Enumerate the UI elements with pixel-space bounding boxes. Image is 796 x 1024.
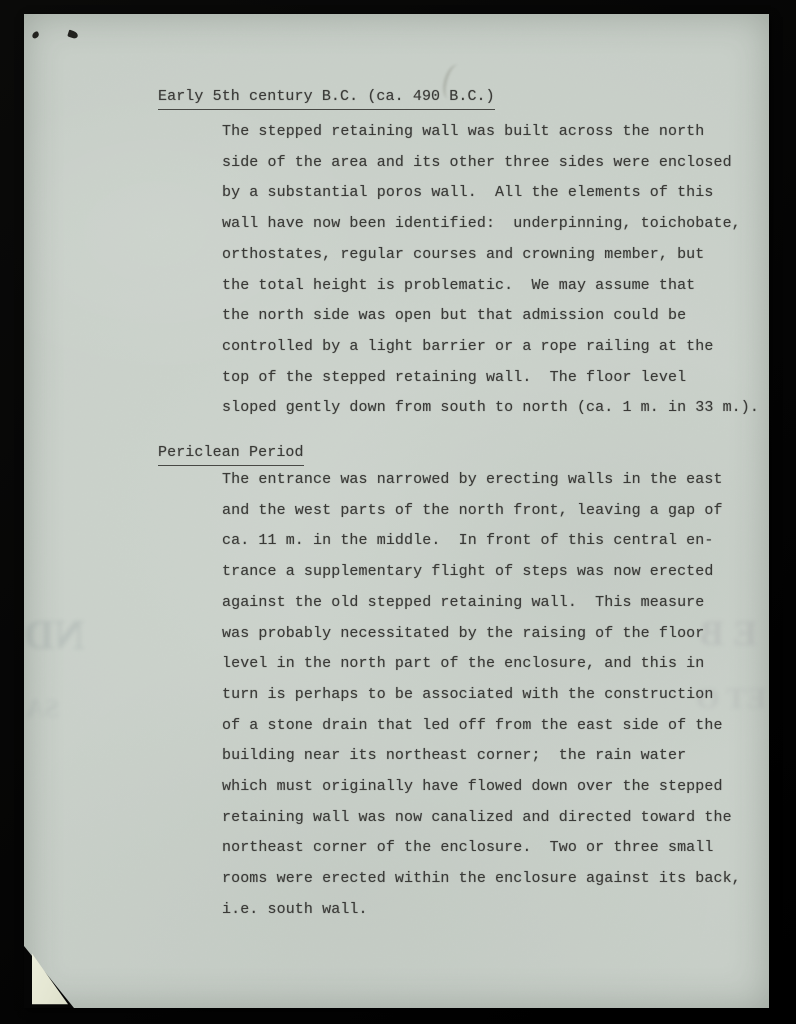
ink-speck xyxy=(67,30,79,40)
section-paragraph: The stepped retaining wall was built acr… xyxy=(222,117,759,424)
dog-ear-corner xyxy=(24,946,74,1008)
section-heading: Periclean Period xyxy=(158,444,304,466)
section-heading: Early 5th century B.C. (ca. 490 B.C.) xyxy=(158,88,495,110)
bleed-through-stamp: ND xyxy=(24,612,85,660)
section-paragraph: The entrance was narrowed by erecting wa… xyxy=(222,465,741,926)
scan-background: Early 5th century B.C. (ca. 490 B.C.) Th… xyxy=(0,0,796,1024)
ink-speck xyxy=(31,31,40,39)
document-page: Early 5th century B.C. (ca. 490 B.C.) Th… xyxy=(24,14,769,1008)
bleed-through-stamp: SA xyxy=(26,694,59,724)
